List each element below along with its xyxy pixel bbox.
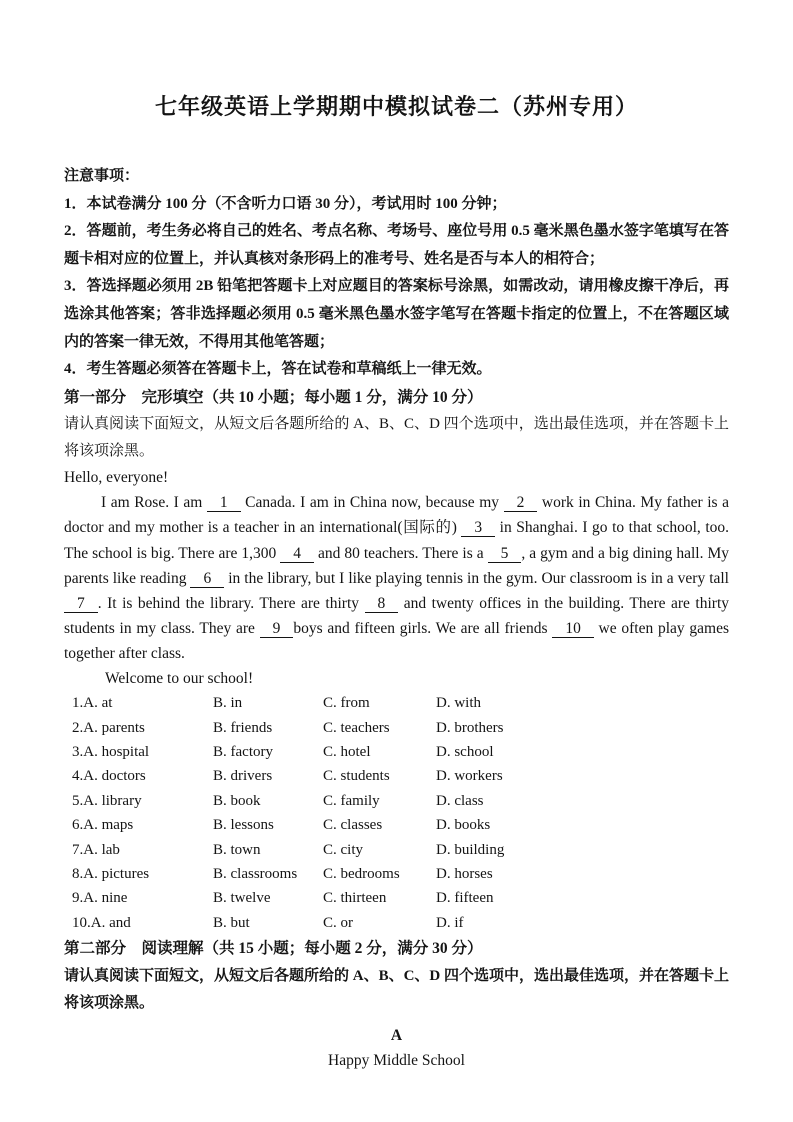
cloze-passage: I am Rose. I am 1 Canada. I am in China … bbox=[64, 490, 729, 666]
option-cell: B. book bbox=[213, 789, 323, 813]
option-cell: C. classes bbox=[323, 813, 436, 837]
option-row: 6.A. mapsB. lessonsC. classesD. books bbox=[72, 813, 729, 837]
option-cell: C. or bbox=[323, 911, 436, 935]
option-cell: B. friends bbox=[213, 716, 323, 740]
notice-heading: 注意事项： bbox=[64, 163, 729, 191]
cloze-blank-6: 6 bbox=[190, 570, 224, 588]
option-row: 9.A. nineB. twelveC. thirteenD. fifteen bbox=[72, 886, 729, 910]
cloze-blank-10: 10 bbox=[552, 620, 594, 638]
notice-item: 2．答题前，考生务必将自己的姓名、考点名称、考场号、座位号用 0.5 毫米黑色墨… bbox=[64, 218, 729, 273]
cloze-blank-4: 4 bbox=[280, 545, 314, 563]
option-cell: B. lessons bbox=[213, 813, 323, 837]
option-cell: 7.A. lab bbox=[72, 838, 213, 862]
option-cell: C. teachers bbox=[323, 716, 436, 740]
part1-heading: 第一部分 完形填空（共 10 小题；每小题 1 分，满分 10 分） bbox=[64, 384, 729, 412]
option-cell: D. fifteen bbox=[436, 886, 729, 910]
part1-instruction: 请认真阅读下面短文，从短文后各题所给的 A、B、C、D 四个选项中，选出最佳选项… bbox=[64, 411, 729, 465]
passage-greeting: Hello, everyone! bbox=[64, 465, 729, 490]
option-cell: 10.A. and bbox=[72, 911, 213, 935]
option-cell: D. books bbox=[436, 813, 729, 837]
option-cell: B. factory bbox=[213, 740, 323, 764]
option-cell: 8.A. pictures bbox=[72, 862, 213, 886]
option-cell: B. classrooms bbox=[213, 862, 323, 886]
option-cell: C. bedrooms bbox=[323, 862, 436, 886]
cloze-blank-7: 7 bbox=[64, 595, 98, 613]
option-row: 7.A. labB. townC. cityD. building bbox=[72, 838, 729, 862]
option-cell: D. with bbox=[436, 691, 729, 715]
option-row: 8.A. picturesB. classroomsC. bedroomsD. … bbox=[72, 862, 729, 886]
option-cell: 1.A. at bbox=[72, 691, 213, 715]
option-row: 1.A. atB. inC. fromD. with bbox=[72, 691, 729, 715]
option-row: 3.A. hospitalB. factoryC. hotelD. school bbox=[72, 740, 729, 764]
option-cell: C. students bbox=[323, 764, 436, 788]
option-cell: C. city bbox=[323, 838, 436, 862]
option-row: 10.A. andB. butC. orD. if bbox=[72, 911, 729, 935]
option-cell: B. in bbox=[213, 691, 323, 715]
option-cell: C. hotel bbox=[323, 740, 436, 764]
option-cell: D. class bbox=[436, 789, 729, 813]
cloze-blank-3: 3 bbox=[461, 519, 495, 537]
option-cell: D. school bbox=[436, 740, 729, 764]
part2-instruction: 请认真阅读下面短文，从短文后各题所给的 A、B、C、D 四个选项中，选出最佳选项… bbox=[64, 963, 729, 1017]
option-cell: B. but bbox=[213, 911, 323, 935]
option-cell: B. twelve bbox=[213, 886, 323, 910]
cloze-blank-5: 5 bbox=[488, 545, 522, 563]
cloze-blank-2: 2 bbox=[504, 494, 538, 512]
passage-closing: Welcome to our school! bbox=[64, 666, 729, 691]
option-cell: 6.A. maps bbox=[72, 813, 213, 837]
reading-passage-title: Happy Middle School bbox=[64, 1048, 729, 1073]
option-cell: C. thirteen bbox=[323, 886, 436, 910]
notice-items: 1．本试卷满分 100 分（不含听力口语 30 分），考试用时 100 分钟；2… bbox=[64, 191, 729, 384]
option-cell: 3.A. hospital bbox=[72, 740, 213, 764]
option-cell: 5.A. library bbox=[72, 789, 213, 813]
option-cell: D. building bbox=[436, 838, 729, 862]
option-cell: D. if bbox=[436, 911, 729, 935]
option-cell: C. from bbox=[323, 691, 436, 715]
cloze-blank-8: 8 bbox=[365, 595, 399, 613]
option-cell: 4.A. doctors bbox=[72, 764, 213, 788]
option-cell: C. family bbox=[323, 789, 436, 813]
reading-passage-label: A bbox=[64, 1023, 729, 1048]
cloze-passage-section: Hello, everyone! I am Rose. I am 1 Canad… bbox=[64, 465, 729, 691]
page-title: 七年级英语上学期期中模拟试卷二（苏州专用） bbox=[64, 90, 729, 121]
option-cell: B. drivers bbox=[213, 764, 323, 788]
part2-heading: 第二部分 阅读理解（共 15 小题；每小题 2 分，满分 30 分） bbox=[64, 935, 729, 963]
option-row: 5.A. libraryB. bookC. familyD. class bbox=[72, 789, 729, 813]
cloze-blank-1: 1 bbox=[207, 494, 241, 512]
option-row: 2.A. parentsB. friendsC. teachersD. brot… bbox=[72, 716, 729, 740]
notice-item: 1．本试卷满分 100 分（不含听力口语 30 分），考试用时 100 分钟； bbox=[64, 191, 729, 219]
notice-item: 3．答选择题必须用 2B 铅笔把答题卡上对应题目的答案标号涂黑，如需改动，请用橡… bbox=[64, 273, 729, 356]
option-cell: D. workers bbox=[436, 764, 729, 788]
option-cell: B. town bbox=[213, 838, 323, 862]
cloze-blank-9: 9 bbox=[260, 620, 294, 638]
cloze-options-list: 1.A. atB. inC. fromD. with2.A. parentsB.… bbox=[64, 691, 729, 935]
option-cell: 2.A. parents bbox=[72, 716, 213, 740]
exam-paper-page: 七年级英语上学期期中模拟试卷二（苏州专用） 注意事项： 1．本试卷满分 100 … bbox=[0, 0, 793, 1122]
option-cell: D. horses bbox=[436, 862, 729, 886]
option-cell: 9.A. nine bbox=[72, 886, 213, 910]
notice-section: 注意事项： 1．本试卷满分 100 分（不含听力口语 30 分），考试用时 10… bbox=[64, 163, 729, 384]
notice-item: 4．考生答题必须答在答题卡上，答在试卷和草稿纸上一律无效。 bbox=[64, 356, 729, 384]
option-row: 4.A. doctorsB. driversC. studentsD. work… bbox=[72, 764, 729, 788]
option-cell: D. brothers bbox=[436, 716, 729, 740]
